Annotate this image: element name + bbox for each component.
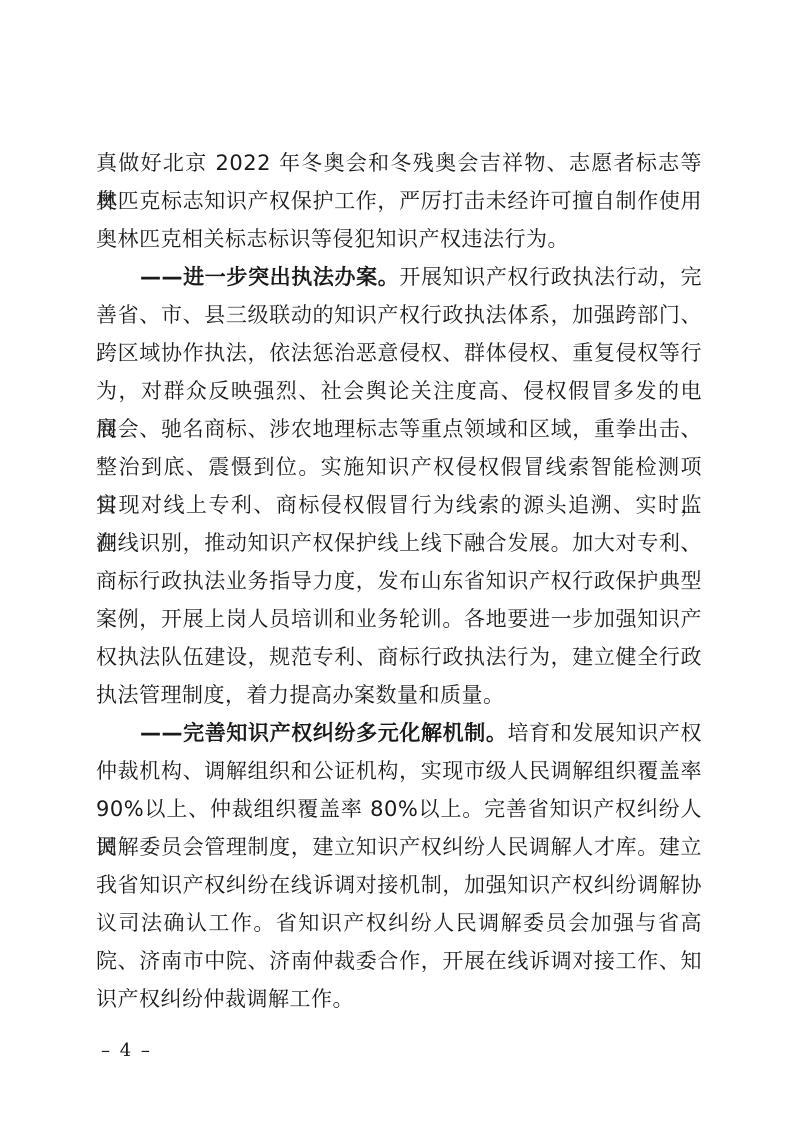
text-segment: 案例，开展上岗人员培训和业务轮训。各地要进一步加强知识产 bbox=[96, 607, 702, 631]
text-segment: 开展知识产权行政执法行动，完 bbox=[399, 265, 702, 289]
text-line: 善省、市、县三级联动的知识产权行政执法体系，加强跨部门、 bbox=[96, 296, 702, 334]
text-segment: 善省、市、县三级联动的知识产权行政执法体系，加强跨部门、 bbox=[96, 303, 702, 327]
text-segment: 院、济南市中院、济南仲裁委合作，开展在线诉调对接工作、知 bbox=[96, 949, 702, 973]
text-line: 跨区域协作执法，依法惩治恶意侵权、群体侵权、重复侵权等行 bbox=[96, 334, 702, 372]
document-page: 真做好北京 2022 年冬奥会和冬残奥会吉祥物、志愿者标志等奥林匹克标志知识产权… bbox=[0, 0, 794, 1123]
text-line: 奥林匹克相关标志标识等侵犯知识产权违法行为。 bbox=[96, 220, 702, 258]
text-line: ——完善知识产权纠纷多元化解机制。培育和发展知识产权 bbox=[96, 714, 702, 752]
text-segment: 展会、驰名商标、涉农地理标志等重点领域和区域，重拳出击、 bbox=[96, 417, 702, 441]
text-line: 权执法队伍建设，规范专利、商标行政执法行为，建立健全行政 bbox=[96, 638, 702, 676]
text-segment: 在线识别，推动知识产权保护线上线下融合发展。加大对专利、 bbox=[96, 531, 702, 555]
text-line: 90%以上、仲裁组织覆盖率 80%以上。完善省知识产权纠纷人民 bbox=[96, 790, 702, 828]
text-line: 仲裁机构、调解组织和公证机构，实现市级人民调解组织覆盖率 bbox=[96, 752, 702, 790]
page-number: – 4 – bbox=[101, 1040, 152, 1062]
text-segment: 林匹克标志知识产权保护工作，严厉打击未经许可擅自制作使用 bbox=[96, 189, 702, 213]
document-body: 真做好北京 2022 年冬奥会和冬残奥会吉祥物、志愿者标志等奥林匹克标志知识产权… bbox=[96, 144, 702, 1018]
text-line: 整治到底、震慑到位。实施知识产权侵权假冒线索智能检测项目， bbox=[96, 448, 702, 486]
text-segment: 跨区域协作执法，依法惩治恶意侵权、群体侵权、重复侵权等行 bbox=[96, 341, 702, 365]
paragraph-lead-bold: ——进一步突出执法办案。 bbox=[140, 265, 399, 289]
text-segment: 识产权纠纷仲裁调解工作。 bbox=[96, 987, 354, 1011]
text-line: 执法管理制度，着力提高办案数量和质量。 bbox=[96, 676, 702, 714]
text-line: 林匹克标志知识产权保护工作，严厉打击未经许可擅自制作使用 bbox=[96, 182, 702, 220]
text-line: 识产权纠纷仲裁调解工作。 bbox=[96, 980, 702, 1018]
text-line: 实现对线上专利、商标侵权假冒行为线索的源头追溯、实时监测、 bbox=[96, 486, 702, 524]
text-segment: 我省知识产权纠纷在线诉调对接机制，加强知识产权纠纷调解协 bbox=[96, 873, 702, 897]
text-segment: 奥林匹克相关标志标识等侵犯知识产权违法行为。 bbox=[96, 227, 569, 251]
text-line: 院、济南市中院、济南仲裁委合作，开展在线诉调对接工作、知 bbox=[96, 942, 702, 980]
text-line: 商标行政执法业务指导力度，发布山东省知识产权行政保护典型 bbox=[96, 562, 702, 600]
text-segment: 权执法队伍建设，规范专利、商标行政执法行为，建立健全行政 bbox=[96, 645, 702, 669]
text-segment: 商标行政执法业务指导力度，发布山东省知识产权行政保护典型 bbox=[96, 569, 702, 593]
text-line: 案例，开展上岗人员培训和业务轮训。各地要进一步加强知识产 bbox=[96, 600, 702, 638]
text-line: 议司法确认工作。省知识产权纠纷人民调解委员会加强与省高 bbox=[96, 904, 702, 942]
text-segment: 仲裁机构、调解组织和公证机构，实现市级人民调解组织覆盖率 bbox=[96, 759, 702, 783]
text-line: 我省知识产权纠纷在线诉调对接机制，加强知识产权纠纷调解协 bbox=[96, 866, 702, 904]
text-line: 真做好北京 2022 年冬奥会和冬残奥会吉祥物、志愿者标志等奥 bbox=[96, 144, 702, 182]
text-segment: 执法管理制度，着力提高办案数量和质量。 bbox=[96, 683, 505, 707]
text-line: 在线识别，推动知识产权保护线上线下融合发展。加大对专利、 bbox=[96, 524, 702, 562]
text-line: 调解委员会管理制度，建立知识产权纠纷人民调解人才库。建立 bbox=[96, 828, 702, 866]
text-segment: 调解委员会管理制度，建立知识产权纠纷人民调解人才库。建立 bbox=[96, 835, 702, 859]
text-line: ——进一步突出执法办案。开展知识产权行政执法行动，完 bbox=[96, 258, 702, 296]
text-line: 为，对群众反映强烈、社会舆论关注度高、侵权假冒多发的电商、 bbox=[96, 372, 702, 410]
text-segment: 议司法确认工作。省知识产权纠纷人民调解委员会加强与省高 bbox=[96, 911, 702, 935]
text-segment: 培育和发展知识产权 bbox=[508, 721, 703, 745]
text-line: 展会、驰名商标、涉农地理标志等重点领域和区域，重拳出击、 bbox=[96, 410, 702, 448]
paragraph-lead-bold: ——完善知识产权纠纷多元化解机制。 bbox=[140, 721, 508, 745]
